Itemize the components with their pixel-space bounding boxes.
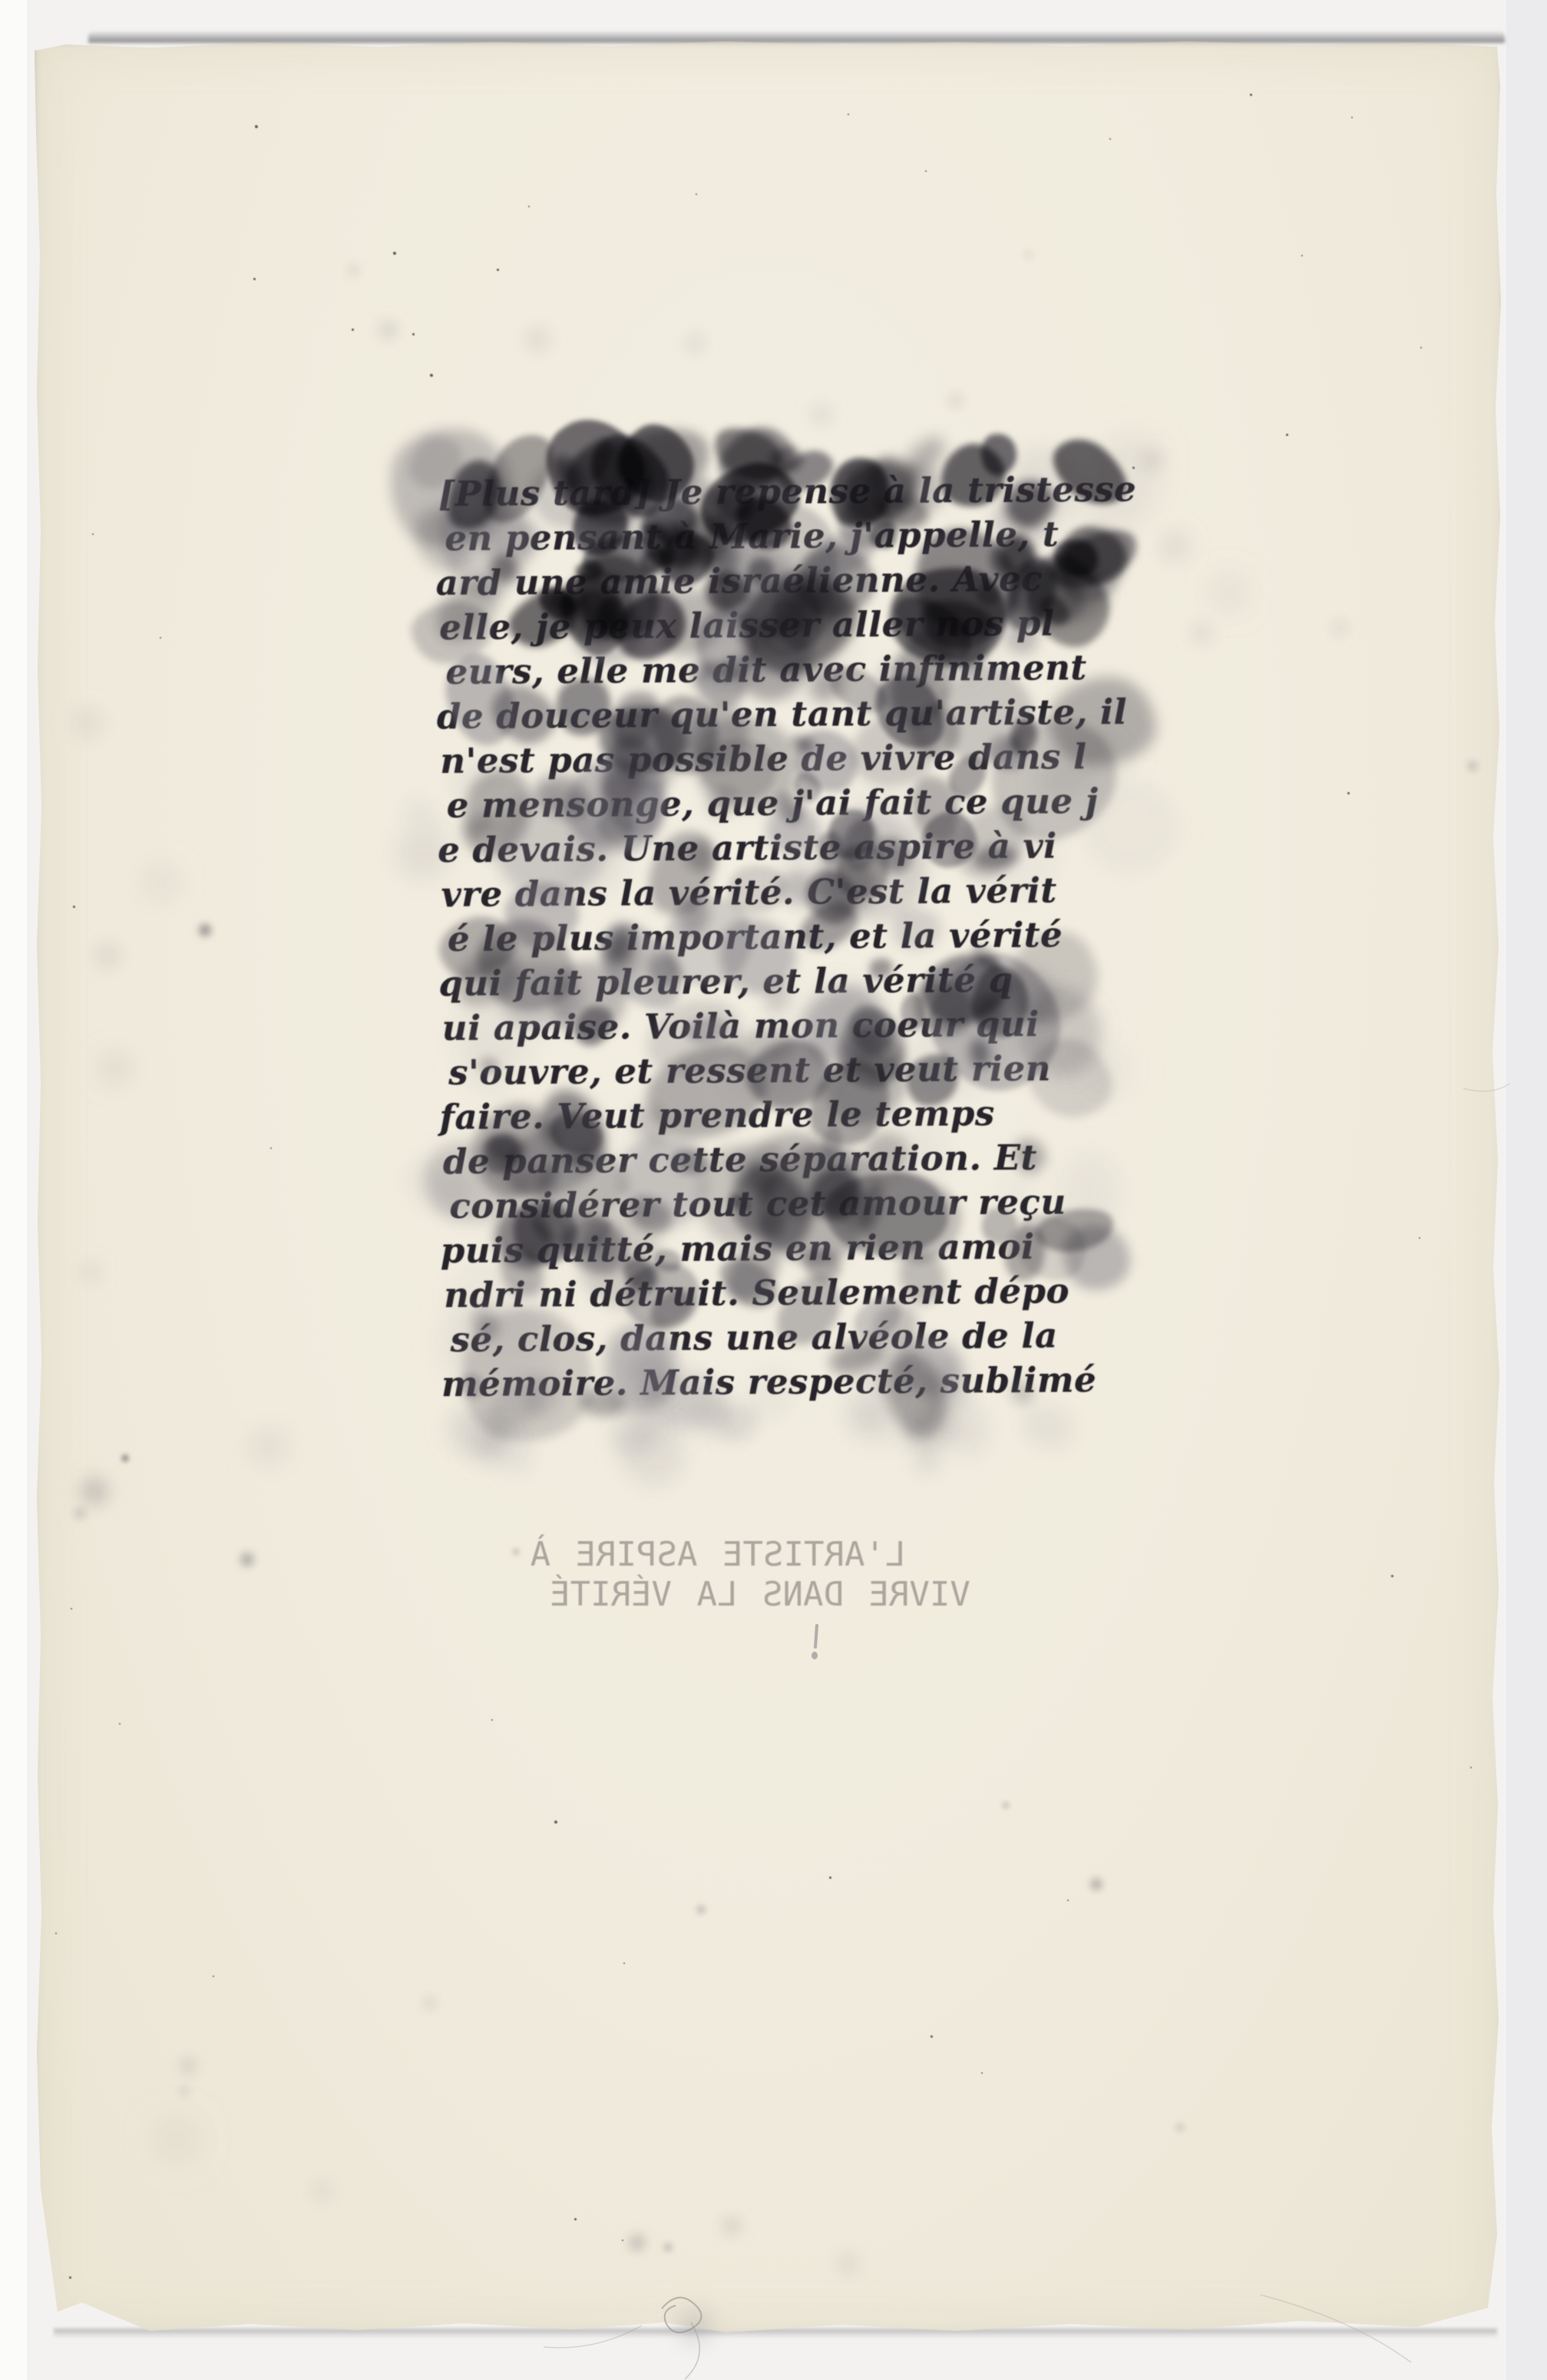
manuscript-line: mémoire. Mais respecté, sublimé <box>441 1358 1112 1407</box>
manuscript-line: n'est pas possible de vivre dans l <box>440 734 1108 784</box>
manuscript-line: sé, clos, dans une alvéole de la <box>450 1313 1112 1362</box>
manuscript-line: s'ouvre, et ressent et veut rien <box>448 1046 1110 1095</box>
manuscript-block: [Plus tard] Je repense à la tristesseen … <box>438 467 1112 1407</box>
paper-bottom-shadow <box>54 2329 1497 2338</box>
manuscript-line: faire. Veut prendre le temps <box>439 1091 1110 1140</box>
manuscript-line: de douceur qu'en tant qu'artiste, il <box>437 690 1108 739</box>
caption-line-2: VIVRE DANS LA VÉRITÉ <box>476 1575 1044 1615</box>
manuscript-line: vre dans la vérité. C'est la vérit <box>441 868 1109 917</box>
manuscript-line: puis quitté, mais en rien amoi <box>441 1224 1112 1273</box>
manuscript-line: elle, je peux laisser aller nos pl <box>439 601 1107 650</box>
stamp-mark-dot <box>812 1652 818 1659</box>
manuscript-line: qui fait pleurer, et la vérité q <box>438 957 1109 1006</box>
manuscript-line: e mensonge, que j'ai fait ce que j <box>447 779 1109 828</box>
manuscript-line: e devais. Une artiste aspire à vi <box>438 824 1109 873</box>
caption-line-1: L'ARTISTE ASPIRE À <box>476 1535 960 1575</box>
manuscript-line: considérer tout cet amour reçu <box>449 1180 1111 1229</box>
manuscript-line: ui apaise. Voilà mon coeur qui <box>442 1002 1110 1051</box>
paper-top-shadow <box>88 31 1505 43</box>
scanner-bed-left <box>0 0 28 2380</box>
manuscript-line: [Plus tard] Je repense à la tristesse <box>438 467 1106 517</box>
manuscript-line: eurs, elle me dit avec infiniment <box>445 645 1107 695</box>
manuscript-line: é le plus important, et la vérité <box>448 913 1109 962</box>
manuscript-line: ard une amie israélienne. Avec <box>436 556 1107 606</box>
manuscript-line: en pensant à Marie, j'appelle, t <box>445 512 1106 561</box>
scanner-bed-right <box>1506 0 1547 2380</box>
mirrored-caption: L'ARTISTE ASPIRE À VIVRE DANS LA VÉRITÉ <box>476 1535 1013 1615</box>
manuscript-line: de panser cette séparation. Et <box>443 1135 1111 1184</box>
artwork-scan: [Plus tard] Je repense à la tristesseen … <box>0 0 1547 2380</box>
manuscript-line: ndri ni détruit. Seulement dépo <box>444 1269 1112 1318</box>
